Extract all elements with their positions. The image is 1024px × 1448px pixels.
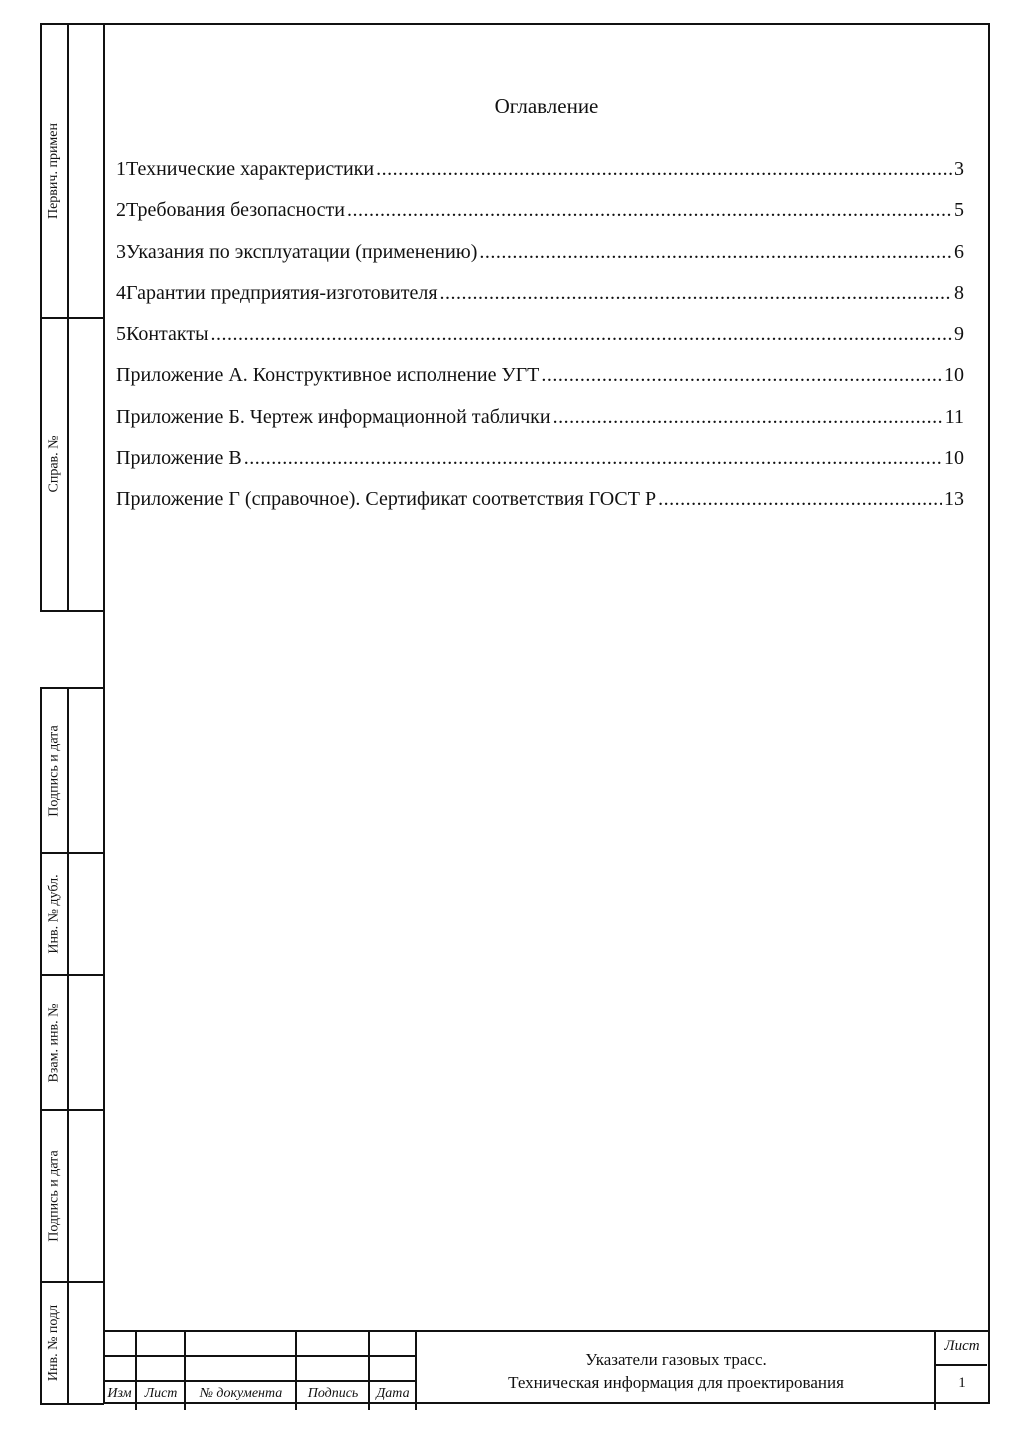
toc-entry-page: 8 (954, 280, 964, 306)
column-label-date: Дата (370, 1383, 416, 1405)
toc-heading: Оглавление (103, 94, 990, 119)
toc-entry-title: 2Требования безопасности (116, 197, 345, 223)
side-label-first-use: Первич. примен (41, 23, 68, 318)
toc-entry-title: 1Технические характеристики (116, 156, 374, 182)
column-label-document-no: № документа (186, 1383, 296, 1405)
toc-entry-title: 3Указания по эксплуатации (применению) (116, 239, 477, 265)
toc-entry-page: 11 (945, 404, 964, 430)
toc-entry-page: 13 (944, 486, 964, 512)
side-label-replacement-inv: Взам. инв. № (41, 975, 68, 1110)
toc-entry[interactable]: 3Указания по эксплуатации (применению)6 (116, 239, 964, 280)
toc-entry[interactable]: Приложение Г (справочное). Сертификат со… (116, 486, 964, 527)
toc-leader-dots (553, 404, 943, 430)
toc-entry[interactable]: 4Гарантии предприятия-изготовителя8 (116, 280, 964, 321)
side-label-signature-date-2: Подпись и дата (41, 1110, 68, 1282)
document-title-line-1: Указатели газовых трасс. (417, 1348, 935, 1371)
side-label-signature-date-1: Подпись и дата (41, 688, 68, 853)
side-stamp-bottom-border (41, 610, 104, 612)
column-label-revision: Изм (103, 1383, 136, 1405)
toc-entry[interactable]: Приложение Б. Чертеж информационной табл… (116, 404, 964, 445)
toc-entry-title: Приложение В (116, 445, 242, 471)
toc-entry-title: 5Контакты (116, 321, 209, 347)
toc-entry[interactable]: Приложение А. Конструктивное исполнение … (116, 362, 964, 403)
table-of-contents: 1Технические характеристики32Требования … (116, 156, 964, 528)
toc-leader-dots (440, 280, 952, 306)
sheet-cell-divider (935, 1364, 987, 1366)
toc-leader-dots (244, 445, 942, 471)
toc-entry-page: 6 (954, 239, 964, 265)
toc-leader-dots (211, 321, 952, 347)
toc-leader-dots (541, 362, 942, 388)
toc-entry-page: 10 (944, 362, 964, 388)
toc-entry[interactable]: 2Требования безопасности5 (116, 197, 964, 238)
toc-entry[interactable]: Приложение В10 (116, 445, 964, 486)
title-block-top-border (103, 1330, 990, 1332)
toc-leader-dots (347, 197, 952, 223)
toc-entry-title: 4Гарантии предприятия-изготовителя (116, 280, 438, 306)
side-label-duplicate-inv: Инв. № дубл. (41, 853, 68, 975)
document-title-line-2: Техническая информация для проектировани… (417, 1371, 935, 1394)
toc-entry-page: 3 (954, 156, 964, 182)
toc-entry-title: Приложение Г (справочное). Сертификат со… (116, 486, 656, 512)
toc-entry[interactable]: 5Контакты9 (116, 321, 964, 362)
column-label-sheet: Лист (137, 1383, 185, 1405)
toc-entry-title: Приложение Б. Чертеж информационной табл… (116, 404, 551, 430)
toc-leader-dots (479, 239, 952, 265)
sheet-number: 1 (936, 1375, 988, 1392)
column-label-signature: Подпись (297, 1383, 369, 1405)
toc-entry-page: 10 (944, 445, 964, 471)
side-label-original-inv: Инв. № подл (41, 1282, 68, 1404)
document-title: Указатели газовых трасс. Техническая инф… (417, 1348, 935, 1394)
toc-leader-dots (376, 156, 952, 182)
side-label-reference-no: Справ. № (41, 318, 68, 610)
sheet-label: Лист (936, 1338, 988, 1355)
toc-entry[interactable]: 1Технические характеристики3 (116, 156, 964, 197)
toc-leader-dots (658, 486, 942, 512)
toc-entry-page: 9 (954, 321, 964, 347)
toc-entry-title: Приложение А. Конструктивное исполнение … (116, 362, 539, 388)
toc-entry-page: 5 (954, 197, 964, 223)
